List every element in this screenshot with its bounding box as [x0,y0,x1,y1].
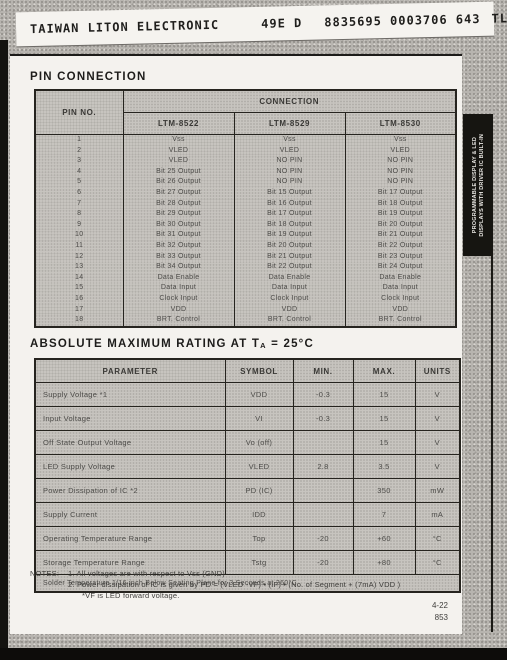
connection-header: CONNECTION [123,90,456,113]
amr-title-condition: = 25°C [267,338,314,350]
pin-table-row: 6Bit 27 OutputBit 15 OutputBit 17 Output [35,188,456,199]
pin-connection-cell: Bit 19 Output [345,209,456,220]
pin-connection-cell: NO PIN [345,156,456,167]
pin-number-cell: 6 [35,188,123,199]
amr-table-row: Input VoltageVI-0.315V [35,407,460,431]
scanned-datasheet-page: { "scan_header": { "company": "TAIWAN LI… [0,0,507,660]
units-cell: °C [415,527,460,551]
pin-connection-cell: VDD [234,305,345,316]
pin-connection-cell: BRT. Control [123,315,234,327]
amr-table-row: Power Dissipation of IC *2PD (IC)350mW [35,479,460,503]
model-header-ltm8530: LTM-8530 [345,113,456,135]
parameter-cell: Supply Voltage *1 [35,383,225,407]
pin-table-row: 1VssVssVss [35,135,456,146]
page-number-value: 4-22 [432,600,448,612]
pin-connection-cell: Bit 34 Output [123,262,234,273]
pin-connection-cell: Bit 33 Output [123,252,234,263]
pin-table-row: 2VLEDVLEDVLED [35,146,456,157]
units-header: UNITS [415,359,460,383]
min-cell: -20 [293,527,353,551]
pin-table-row: 13Bit 34 OutputBit 22 OutputBit 24 Outpu… [35,262,456,273]
model-header-ltm8529: LTM-8529 [234,113,345,135]
pin-connection-cell: Vss [123,135,234,146]
min-cell [293,503,353,527]
pin-number-cell: 17 [35,305,123,316]
pin-connection-cell: VDD [345,305,456,316]
pin-number-cell: 12 [35,252,123,263]
pin-connection-cell: NO PIN [234,156,345,167]
amr-table-row: Operating Temperature RangeTop-20+60°C [35,527,460,551]
pin-table-row: 9Bit 30 OutputBit 18 OutputBit 20 Output [35,220,456,231]
pin-number-cell: 13 [35,262,123,273]
amr-table-row: LED Supply VoltageVLED2.83.5V [35,455,460,479]
page-number: 4-22 853 [432,600,448,624]
units-cell: mA [415,503,460,527]
barcode-numbers: 8835695 0003706 643 [324,12,481,30]
pin-connection-cell: Bit 31 Output [123,230,234,241]
notes-section: NOTES: 1. All voltages are with respect … [30,568,450,601]
units-cell: V [415,383,460,407]
pin-connection-cell: Clock Input [345,294,456,305]
symbol-cell: PD (IC) [225,479,293,503]
pin-table-header-row: PIN NO. CONNECTION [35,90,456,113]
pin-connection-cell: Clock Input [234,294,345,305]
max-cell: 15 [353,383,415,407]
min-cell [293,431,353,455]
pin-number-cell: 5 [35,177,123,188]
pin-connection-cell: Bit 20 Output [234,241,345,252]
min-header: MIN. [293,359,353,383]
pin-connection-cell: Bit 17 Output [345,188,456,199]
section-side-tab: PROGRAMMABLE DISPLAY & LED DISPLAYS WITH… [463,114,493,256]
min-cell [293,479,353,503]
symbol-cell: Vo (off) [225,431,293,455]
min-cell: 2.8 [293,455,353,479]
pin-table-row: 17VDDVDDVDD [35,305,456,316]
amr-title-text: ABSOLUTE MAXIMUM RATING AT T [30,338,260,350]
amr-table-row: Supply CurrentIDD7mA [35,503,460,527]
pin-connection-cell: VLED [345,146,456,157]
pin-connection-cell: BRT. Control [345,315,456,327]
pin-connection-cell: Data Input [345,283,456,294]
note-3: *VF is LED forward voltage. [82,590,450,601]
parameter-cell: Power Dissipation of IC *2 [35,479,225,503]
pin-table-row: 18BRT. ControlBRT. ControlBRT. Control [35,315,456,327]
pin-connection-cell: Bit 21 Output [345,230,456,241]
max-cell: +60 [353,527,415,551]
units-cell: V [415,407,460,431]
symbol-header: SYMBOL [225,359,293,383]
pin-connection-cell: Bit 19 Output [234,230,345,241]
pin-connection-table: PIN NO. CONNECTION LTM-8522 LTM-8529 LTM… [34,89,457,328]
pin-connection-cell: Data Enable [345,273,456,284]
document-page: PIN CONNECTION PIN NO. CONNECTION LTM-85… [10,54,462,634]
absolute-maximum-rating-table: PARAMETER SYMBOL MIN. MAX. UNITS Supply … [34,358,461,593]
pin-connection-cell: Bit 24 Output [345,262,456,273]
pin-connection-cell: NO PIN [345,177,456,188]
pin-number-cell: 2 [35,146,123,157]
symbol-cell: IDD [225,503,293,527]
pin-connection-cell: Bit 16 Output [234,199,345,210]
units-cell: V [415,431,460,455]
pin-number-cell: 18 [35,315,123,327]
units-cell: V [415,455,460,479]
pin-table-row: 15Data InputData InputData Input [35,283,456,294]
symbol-cell: Top [225,527,293,551]
pin-connection-cell: Data Input [234,283,345,294]
company-name: TAIWAN LITON ELECTRONIC [30,18,219,36]
pin-table-row: 7Bit 28 OutputBit 16 OutputBit 18 Output [35,199,456,210]
pin-connection-cell: VLED [123,146,234,157]
symbol-cell: VI [225,407,293,431]
side-tab-line2: DISPLAYS WITH DRIVER IC BUILT-IN [479,134,485,237]
pin-connection-cell: NO PIN [234,167,345,178]
bottom-scan-bar [0,648,507,660]
pin-number-cell: 11 [35,241,123,252]
side-tab-line1: PROGRAMMABLE DISPLAY & LED [472,137,478,233]
pin-connection-cell: Bit 30 Output [123,220,234,231]
left-page-edge-rule [0,40,8,648]
units-cell: mW [415,479,460,503]
amr-header-row: PARAMETER SYMBOL MIN. MAX. UNITS [35,359,460,383]
notes-label: NOTES: [30,568,68,579]
pin-connection-cell: NO PIN [345,167,456,178]
pin-connection-cell: Bit 15 Output [234,188,345,199]
pin-connection-cell: VLED [234,146,345,157]
pin-connection-cell: BRT. Control [234,315,345,327]
parameter-cell: Supply Current [35,503,225,527]
pin-number-cell: 7 [35,199,123,210]
max-cell: 7 [353,503,415,527]
pin-connection-cell: VDD [123,305,234,316]
pin-connection-cell: Vss [234,135,345,146]
note-1: 1. All voltages are with respect to Vss … [68,568,225,579]
max-cell: 3.5 [353,455,415,479]
pin-table-row: 11Bit 32 OutputBit 20 OutputBit 22 Outpu… [35,241,456,252]
pin-number-cell: 3 [35,156,123,167]
parameter-cell: Input Voltage [35,407,225,431]
page-code: 853 [432,612,448,624]
pin-connection-cell: Data Enable [234,273,345,284]
parameter-header: PARAMETER [35,359,225,383]
amr-table-row: Off State Output VoltageVo (off)15V [35,431,460,455]
max-cell: 15 [353,407,415,431]
symbol-cell: VDD [225,383,293,407]
pin-connection-title: PIN CONNECTION [30,71,146,83]
model-header-ltm8522: LTM-8522 [123,113,234,135]
pin-connection-cell: Bit 32 Output [123,241,234,252]
pin-connection-cell: Bit 29 Output [123,209,234,220]
pin-number-cell: 14 [35,273,123,284]
right-page-edge-rule [491,256,493,632]
pin-table-row: 16Clock InputClock InputClock Input [35,294,456,305]
pin-number-cell: 10 [35,230,123,241]
pin-connection-cell: Bit 28 Output [123,199,234,210]
pin-number-cell: 1 [35,135,123,146]
pin-connection-cell: Bit 23 Output [345,252,456,263]
pin-connection-cell: VLED [123,156,234,167]
pin-no-header: PIN NO. [35,90,123,135]
manufacturer-suffix: TLIT [491,11,507,26]
absolute-maximum-rating-title: ABSOLUTE MAXIMUM RATING AT TA = 25°C [30,338,314,350]
min-cell: -0.3 [293,383,353,407]
pin-number-cell: 4 [35,167,123,178]
pin-connection-cell: Bit 27 Output [123,188,234,199]
pin-connection-cell: Bit 21 Output [234,252,345,263]
pin-connection-cell: Bit 18 Output [234,220,345,231]
amr-table-row: Supply Voltage *1VDD-0.315V [35,383,460,407]
pin-number-cell: 9 [35,220,123,231]
pin-table-row: 4Bit 25 OutputNO PINNO PIN [35,167,456,178]
pin-connection-cell: Bit 22 Output [234,262,345,273]
scan-header-strip: TAIWAN LITON ELECTRONIC 49E D 8835695 00… [16,2,495,47]
pin-connection-cell: NO PIN [234,177,345,188]
pin-connection-cell: Bit 17 Output [234,209,345,220]
pin-table-row: 3VLEDNO PINNO PIN [35,156,456,167]
document-code: 49E D [261,16,302,31]
parameter-cell: Off State Output Voltage [35,431,225,455]
amr-title-subscript: A [260,341,267,350]
pin-number-cell: 15 [35,283,123,294]
min-cell: -0.3 [293,407,353,431]
note-2: 2. Power dissipation of IC is given by P… [68,579,450,590]
pin-connection-cell: Bit 25 Output [123,167,234,178]
pin-number-cell: 16 [35,294,123,305]
pin-connection-cell: Bit 18 Output [345,199,456,210]
pin-connection-cell: Vss [345,135,456,146]
pin-connection-cell: Data Input [123,283,234,294]
pin-connection-cell: Data Enable [123,273,234,284]
symbol-cell: VLED [225,455,293,479]
pin-table-row: 10Bit 31 OutputBit 19 OutputBit 21 Outpu… [35,230,456,241]
pin-connection-cell: Bit 26 Output [123,177,234,188]
pin-connection-cell: Bit 20 Output [345,220,456,231]
pin-connection-cell: Clock Input [123,294,234,305]
pin-number-cell: 8 [35,209,123,220]
pin-connection-cell: Bit 22 Output [345,241,456,252]
max-header: MAX. [353,359,415,383]
pin-table-row: 12Bit 33 OutputBit 21 OutputBit 23 Outpu… [35,252,456,263]
max-cell: 350 [353,479,415,503]
parameter-cell: LED Supply Voltage [35,455,225,479]
max-cell: 15 [353,431,415,455]
pin-table-row: 14Data EnableData EnableData Enable [35,273,456,284]
pin-table-row: 8Bit 29 OutputBit 17 OutputBit 19 Output [35,209,456,220]
pin-table-row: 5Bit 26 OutputNO PINNO PIN [35,177,456,188]
parameter-cell: Operating Temperature Range [35,527,225,551]
